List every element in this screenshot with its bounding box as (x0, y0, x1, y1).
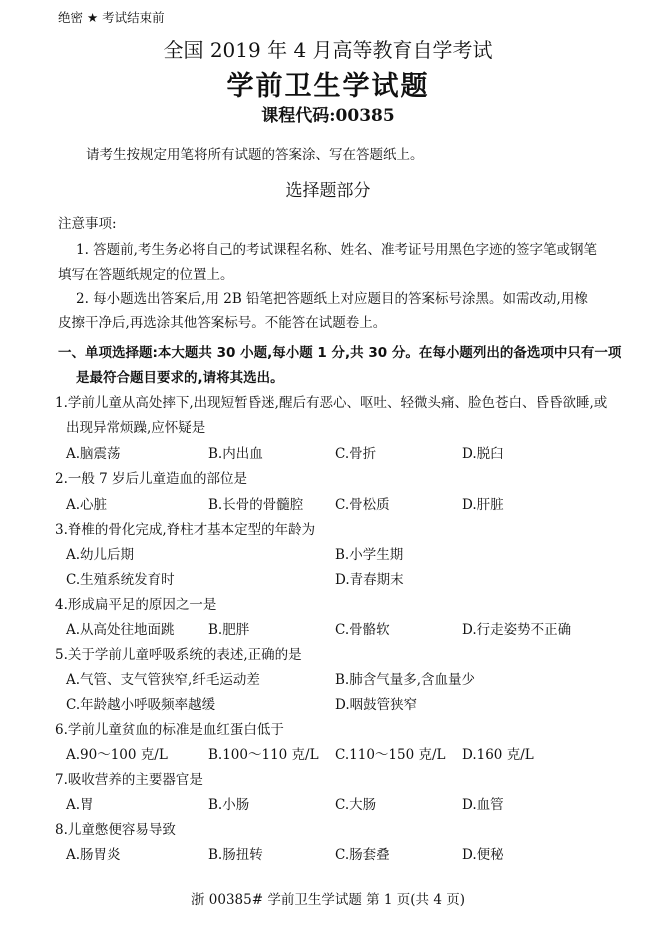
question-7-option-d: D.血管 (462, 793, 504, 813)
note-2-line-1: 2. 每小题选出答案后,用 2B 铅笔把答题纸上对应题目的答案标号涂黑。如需改动… (76, 287, 588, 307)
question-6-option-b: B.100～110 克/L (208, 743, 319, 763)
question-5-option-a: A.气管、支气管狭窄,纤毛运动差 (66, 668, 260, 688)
course-code: 课程代码:00385 (0, 101, 656, 126)
question-5-line-1: 5.关于学前儿童呼吸系统的表述,正确的是 (55, 643, 302, 663)
exam-title: 全国 2019 年 4 月高等教育自学考试 (0, 34, 656, 63)
question-4-option-a: A.从高处往地面跳 (66, 618, 175, 638)
question-8-line-1: 8.儿童憋便容易导致 (55, 818, 176, 838)
question-4-option-c: C.骨骼软 (335, 618, 390, 638)
question-1-line-1: 1.学前儿童从高处摔下,出现短暂昏迷,醒后有恶心、呕吐、轻微头痛、脸色苍白、昏昏… (55, 391, 607, 411)
question-1-option-d: D.脱臼 (462, 442, 504, 462)
question-5-option-b: B.肺含气量多,含血量少 (335, 668, 475, 688)
question-2-line-1: 2.一般 7 岁后儿童造血的部位是 (55, 467, 247, 487)
confidential-label: 绝密 ★ 考试结束前 (58, 8, 165, 26)
subject-title: 学前卫生学试题 (0, 64, 656, 103)
question-5-option-c: C.年龄越小呼吸频率越缓 (66, 693, 215, 713)
question-1-option-a: A.脑震荡 (66, 442, 121, 462)
note-1-line-2: 填写在答题纸规定的位置上。 (58, 263, 234, 283)
question-2-option-c: C.骨松质 (335, 493, 390, 513)
note-1-line-1: 1. 答题前,考生务必将自己的考试课程名称、姓名、准考证号用黑色字迹的签字笔或钢… (76, 238, 597, 258)
question-4-line-1: 4.形成扁平足的原因之一是 (55, 593, 216, 613)
question-6-line-1: 6.学前儿童贫血的标准是血红蛋白低于 (55, 718, 284, 738)
question-3-option-b: B.小学生期 (335, 543, 403, 563)
question-1-line-2: 出现异常烦躁,应怀疑是 (66, 416, 205, 436)
question-2-option-d: D.肝脏 (462, 493, 504, 513)
page-footer: 浙 00385# 学前卫生学试题 第 1 页(共 4 页) (0, 888, 656, 908)
question-6-option-d: D.160 克/L (462, 743, 534, 763)
question-7-option-c: C.大肠 (335, 793, 376, 813)
question-4-option-d: D.行走姿势不正确 (462, 618, 571, 638)
question-8-option-c: C.肠套叠 (335, 843, 390, 863)
question-8-option-a: A.肠胃炎 (66, 843, 121, 863)
instruction-text: 请考生按规定用笔将所有试题的答案涂、写在答题纸上。 (86, 143, 424, 163)
question-3-option-c: C.生殖系统发育时 (66, 568, 175, 588)
question-2-option-a: A.心脏 (66, 493, 107, 513)
question-3-line-1: 3.脊椎的骨化完成,脊柱才基本定型的年龄为 (55, 518, 315, 538)
part-one-heading-line-1: 一、单项选择题:本大题共 30 小题,每小题 1 分,共 30 分。在每小题列出… (58, 341, 621, 361)
question-8-option-d: D.便秘 (462, 843, 504, 863)
question-3-option-a: A.幼儿后期 (66, 543, 134, 563)
question-4-option-b: B.肥胖 (208, 618, 249, 638)
question-5-option-d: D.咽鼓管狭窄 (335, 693, 417, 713)
question-7-line-1: 7.吸收营养的主要器官是 (55, 768, 203, 788)
notes-heading: 注意事项: (58, 212, 117, 232)
question-2-option-b: B.长骨的骨髓腔 (208, 493, 303, 513)
question-3-option-d: D.青春期末 (335, 568, 404, 588)
section-title: 选择题部分 (0, 176, 656, 201)
question-1-option-c: C.骨折 (335, 442, 376, 462)
question-7-option-b: B.小肠 (208, 793, 249, 813)
question-7-option-a: A.胃 (66, 793, 94, 813)
question-6-option-a: A.90～100 克/L (66, 743, 168, 763)
note-2-line-2: 皮擦干净后,再选涂其他答案标号。不能答在试题卷上。 (58, 311, 386, 331)
question-6-option-c: C.110～150 克/L (335, 743, 445, 763)
question-8-option-b: B.肠扭转 (208, 843, 263, 863)
part-one-heading-line-2: 是最符合题目要求的,请将其选出。 (76, 366, 284, 386)
question-1-option-b: B.内出血 (208, 442, 263, 462)
